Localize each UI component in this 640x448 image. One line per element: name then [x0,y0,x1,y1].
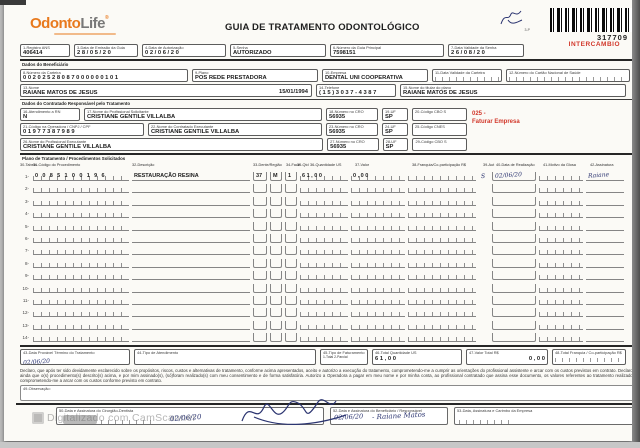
field-valor-total: 47-Valor Total R$0 , 0 0 [466,349,548,365]
section-title-contratado: Dados do Contratado Responsável pelo Tra… [22,101,634,106]
cell-quantidade-us [300,321,348,330]
row-number: 12- [20,308,30,317]
cell-quantidade-us [300,308,348,317]
data-nascimento: 15/01/1994 [279,89,308,95]
cell-dente [253,234,267,243]
cell-descricao [132,333,250,342]
col-header-qtd: 35-Qtd [289,163,301,172]
empty-date-ticks [459,420,511,424]
cell-aut: S [479,172,489,181]
cell-data-realizacao [492,234,536,243]
cell-valor [351,184,405,193]
row-number: 8- [20,259,30,268]
cell-glosa [539,271,583,280]
cell-data-realizacao [492,271,536,280]
beneficiario-row-2: 13-NomeRAIANE MATOS DE JESUS15/01/1994 1… [20,84,634,97]
cell-glosa [539,284,583,293]
cell-aut [479,284,489,293]
cell-data-realizacao [492,209,536,218]
gray-redaction-blob [63,415,97,424]
cell-data-realizacao [492,333,536,342]
col-header-valor: 37-Valor [355,163,409,172]
cell-glosa [539,222,583,231]
field-numero-carteira: 8-Número da Carteira0 0 2 0 2 5 2 8 0 8 … [20,69,188,82]
cell-quantidade-us [300,259,348,268]
cell-franquia [408,284,476,293]
field-cbo-solicitante: 20-Código CBO S [412,108,467,121]
cell-data-realizacao [492,184,536,193]
contratado-row-2: 21-Código na Operadora / CNPJ / CPF0 1 9… [20,123,467,136]
cell-face [270,246,282,255]
field-value: DENTAL UNI COOPERATIVA [325,75,425,82]
cell-quantidade-us [300,197,348,206]
field-uf-executante: 28-UFSP [383,138,409,151]
cell-data-realizacao [492,321,536,330]
cell-quantidade-us [300,333,348,342]
odontolife-logo: OdontoLife® [30,15,108,32]
field-data-autorizacao: 4-Data de Autorização0 2 / 0 6 / 2 0 [142,44,226,57]
col-header-assinatura: 42-Assinatura [590,163,628,172]
cell-assinatura [586,222,624,231]
field-total-franquia: 48-Total Franquia / Co-participação R$ [552,349,626,365]
field-validade-senha: 7-Data Validade da Senha2 6 / 0 8 / 2 0 [448,44,524,57]
cell-glosa [539,321,583,330]
procedure-row: 8- [20,259,634,268]
field-value: 56935 [329,129,375,136]
row-number: 3- [20,197,30,206]
field-uf-solicitante: 19-UFSP [382,108,408,121]
cell-assinatura [586,321,624,330]
cell-valor [351,234,405,243]
cell-codigo [33,209,129,218]
cell-assinatura [586,284,624,293]
cell-glosa [539,172,583,181]
field-value: ( 1 5 ) 3 0 3 7 - 4 3 8 7 [319,90,393,97]
procedure-row: 1-0 0 8 5 1 0 0 1 9 6RESTAURAÇÃO RESINA3… [20,172,634,181]
section-divider [20,59,634,61]
barcode [550,8,632,32]
typed-value: 0 0 8 5 1 0 0 1 9 6 [35,173,106,179]
field-value: 56935 [330,144,376,151]
field-senha: 5-SenhaAUTORIZADO [230,44,326,57]
field-validade-carteira: 11-Data Validade da Carteira [432,69,502,82]
cell-franquia [408,271,476,280]
cell-codigo [33,284,129,293]
field-guia-principal: 6-Número da Guia Principal7598151 [330,44,444,57]
field-value: RAIANE MATOS DE JESUS [23,90,309,97]
cell-qtd [285,197,297,206]
empty-date-ticks [435,76,499,81]
cell-franquia [408,197,476,206]
signature-box-empresa: 53-Data, Assinatura e Carimbo da Empresa [454,407,634,425]
cell-dente [253,333,267,342]
cell-face [270,222,282,231]
field-tipo-atendimento: 44-Tipo de Atendimento11-Tratamento Odon… [134,349,316,365]
cell-glosa [539,234,583,243]
field-value: SP [386,144,406,151]
cell-codigo: 0 0 8 5 1 0 0 1 9 6 [33,172,129,181]
header-fields-row: 1-Registro ANS406414 3-Data de Emissão d… [20,44,536,57]
field-telefone: 14-Telefone( 1 5 ) 3 0 3 7 - 4 3 8 7 [316,84,396,97]
row-number: 9- [20,271,30,280]
cell-qtd [285,284,297,293]
field-value: CRISTIANE GENTILE VILLALBA [87,114,319,121]
cell-glosa [539,197,583,206]
cell-assinatura [586,197,624,206]
cell-assinatura [586,184,624,193]
field-label: 25-Código CNES [415,125,464,129]
cell-aut [479,222,489,231]
col-header-tabela: 30-Tabela [20,163,30,172]
cell-qtd [285,321,297,330]
cell-codigo [33,259,129,268]
cell-aut [479,333,489,342]
cell-franquia [408,259,476,268]
cell-dente [253,321,267,330]
paper-sheet: OdontoLife® GUIA DE TRATAMENTO ODONTOLÓG… [4,0,632,441]
field-value: RAIANE MATOS DE JESUS [403,90,623,97]
field-profissional-executante: 26-Nome do Profissional ExecutanteCRISTI… [20,138,323,151]
cell-descricao [132,284,250,293]
field-empresa: 10-EmpresaDENTAL UNI COOPERATIVA [322,69,428,82]
typed-value: RESTAURAÇÃO RESINA [134,173,199,179]
row-number: 6- [20,234,30,243]
field-uf-contratado: 24-UFSP [382,123,408,136]
field-value: 0 1 9 7 7 3 8 7 9 8 9 [23,129,141,136]
cell-data-realizacao [492,284,536,293]
handwritten-value: 02/06/20 [495,171,522,180]
cell-dente [253,222,267,231]
cell-descricao [132,246,250,255]
field-label: 44-Tipo de Atendimento [137,351,313,355]
watermark-icon [32,412,44,424]
cell-face [270,284,282,293]
cell-qtd [285,333,297,342]
cell-franquia [408,321,476,330]
scan-corner-mark [0,0,26,5]
cell-descricao: RESTAURAÇÃO RESINA [132,172,250,181]
col-header-dente: 33-Dente/Região [253,163,267,172]
cell-dente [253,308,267,317]
cell-dente [253,184,267,193]
procedure-row: 2- [20,184,634,193]
typed-value: 1 [288,173,291,179]
logo-text-odonto: Odonto [30,15,80,32]
cell-franquia [408,234,476,243]
procedure-row: 9- [20,271,634,280]
cell-valor [351,259,405,268]
cell-assinatura [586,333,624,342]
contratado-row-1: 16-Atendimento a RNN 17-Nome do Profissi… [20,108,467,121]
row-number: 11- [20,296,30,305]
field-value: 0 , 0 0 [469,356,545,363]
procedures-table-header: 30-Tabela 31-Código do Procedimento 32-D… [20,163,634,172]
cell-data-realizacao [492,296,536,305]
field-label: 20-Código CBO S [415,110,464,114]
typed-value: 37 [256,173,262,179]
row-number: 10- [20,284,30,293]
form-title: GUIA DE TRATAMENTO ODONTOLÓGICO [225,22,420,33]
field-termino-tratamento: 43-Data Provável Término do Tratamento02… [20,349,130,365]
cell-dente [253,197,267,206]
cell-face [270,209,282,218]
row-number: 13- [20,321,30,330]
cell-face [270,197,282,206]
typed-value: 0 , 0 0 [353,173,368,179]
typed-value: 6 1 , 0 0 [302,173,322,179]
section-divider [20,99,634,100]
cell-qtd [285,259,297,268]
cell-codigo [33,296,129,305]
field-label: 11-Data Validade da Carteira [435,71,499,75]
cell-valor [351,222,405,231]
field-value: AUTORIZADO [233,50,323,57]
cell-aut [479,271,489,280]
pen-note-text: 3-P [525,28,530,32]
cell-dente [253,246,267,255]
cell-data-realizacao: 02/06/20 [492,172,536,181]
section-divider [20,345,634,347]
cell-assinatura [586,308,624,317]
cell-descricao [132,321,250,330]
registered-mark: ® [105,15,108,21]
field-value: 56935 [329,114,375,121]
field-label: 12-Número do Cartão Nacional de Saúde [509,71,627,75]
field-atendimento-rn: 16-Atendimento a RNN [20,108,80,121]
red-annotation: 025 - Faturar Empresa [472,111,520,126]
cell-codigo [33,308,129,317]
cell-codigo [33,321,129,330]
col-header-codigo: 31-Código do Procedimento [33,163,129,172]
cell-valor [351,271,405,280]
scanned-document: OdontoLife® GUIA DE TRATAMENTO ODONTOLÓG… [0,0,640,448]
cell-codigo [33,197,129,206]
field-value: 7598151 [333,50,441,57]
form-content: OdontoLife® GUIA DE TRATAMENTO ODONTOLÓG… [20,6,634,429]
field-value: SP [385,129,405,136]
row-number: 14- [20,333,30,342]
handwritten-value: S [481,173,486,180]
cell-descricao [132,197,250,206]
field-total-quantidade-us: 46-Total Quantidade US6 1 , 0 0 [372,349,462,365]
field-legend: 1-Total 2-Parcial [323,355,365,359]
cell-assinatura [586,296,624,305]
field-nome-titular: 15-Nome do titular do planoRAIANE MATOS … [400,84,626,97]
contratado-row-3: 26-Nome do Profissional ExecutanteCRISTI… [20,138,467,151]
cell-aut [479,259,489,268]
cell-face [270,333,282,342]
scan-edge-right [632,0,640,448]
cell-valor [351,308,405,317]
field-registro-ans: 1-Registro ANS406414 [20,44,70,57]
field-value: CRISTIANE GENTILE VILLALBA [151,129,319,136]
cell-valor [351,296,405,305]
observacao-label: 49-Observação: [23,387,633,391]
field-label: 29-Código CBO S [415,140,464,144]
cell-face [270,234,282,243]
cell-franquia [408,172,476,181]
logo-text-life: Life [80,15,105,32]
cell-glosa [539,296,583,305]
cell-quantidade-us [300,296,348,305]
cell-aut [479,308,489,317]
dentista-signature [238,393,350,434]
field-cro-contratado: 23-Número no CRO56935 [326,123,378,136]
scan-edge-bottom [0,442,640,448]
procedure-row: 4- [20,209,634,218]
cell-valor [351,209,405,218]
cell-aut [479,296,489,305]
cell-valor [351,246,405,255]
cell-codigo [33,333,129,342]
section-title-beneficiario: Dados do Beneficiário [22,62,634,67]
cell-franquia [408,222,476,231]
cell-descricao [132,259,250,268]
beneficiario-row-1: 8-Número da Carteira0 0 2 0 2 5 2 8 0 8 … [20,69,634,82]
field-value: 0 0 2 0 2 5 2 8 0 8 7 0 0 0 0 0 0 1 0 1 [23,75,185,82]
field-plano: 9-PlanoPOS REDE PRESTADORA [192,69,318,82]
field-value: 0 2 / 0 6 / 2 0 [145,50,223,57]
procedure-row: 13- [20,321,634,330]
cell-quantidade-us [300,246,348,255]
contratado-rows: 025 - Faturar Empresa 16-Atendimento a R… [20,108,634,151]
intercambio-stamp: INTERCAMBIO [569,41,620,48]
typed-value: M [273,173,278,179]
row-number: 5- [20,222,30,231]
handwritten-value: 1 [137,364,141,366]
cell-face [270,308,282,317]
signatures-row: 50-Data e Assinatura do Cirurgião-Dentis… [20,403,634,429]
field-cro-executante: 27-Número no CRO56935 [327,138,379,151]
field-value: POS REDE PRESTADORA [195,75,315,82]
cell-descricao [132,296,250,305]
field-tipo-faturamento: 45-Tipo de Faturamento1-Total 2-Parcial [320,349,368,365]
cell-codigo [33,246,129,255]
cell-glosa [539,184,583,193]
cell-aut [479,197,489,206]
cell-assinatura: Raiane [586,172,624,181]
field-codigo-cnes: 25-Código CNES [412,123,467,136]
col-header-descricao: 32-Descrição [132,163,250,172]
procedure-rows: 1-0 0 8 5 1 0 0 1 9 6RESTAURAÇÃO RESINA3… [20,172,634,342]
field-nome-beneficiario: 13-NomeRAIANE MATOS DE JESUS15/01/1994 [20,84,312,97]
red-annotation-line1: 025 - [472,111,486,117]
field-cbo-executante: 29-Código CBO S [412,138,467,151]
cell-quantidade-us [300,234,348,243]
cell-data-realizacao [492,246,536,255]
cell-descricao [132,222,250,231]
cell-qtd [285,209,297,218]
cell-quantidade-us [300,284,348,293]
cell-data-realizacao [492,222,536,231]
cell-valor: 0 , 0 0 [351,172,405,181]
procedure-row: 5- [20,222,634,231]
totals-row: 43-Data Provável Término do Tratamento02… [20,349,634,365]
cell-assinatura [586,234,624,243]
cell-quantidade-us [300,271,348,280]
cell-qtd [285,271,297,280]
cell-descricao [132,234,250,243]
col-header-franquia: 38-Franquia/Co-participação R$ [412,163,480,172]
form-header: OdontoLife® GUIA DE TRATAMENTO ODONTOLÓG… [20,6,634,42]
cell-glosa [539,259,583,268]
cell-franquia [408,209,476,218]
cell-franquia [408,246,476,255]
cell-descricao [132,308,250,317]
section-title-plano-tratamento: Plano de Tratamento / Procedimentos Soli… [22,156,634,161]
field-cartao-nacional-saude: 12-Número do Cartão Nacional de Saúde [506,69,630,82]
cell-glosa [539,333,583,342]
handwritten-value: Raiane [588,171,610,179]
cell-face: M [270,172,282,181]
cell-descricao [132,209,250,218]
empty-ticks [509,76,627,81]
field-cro-solicitante: 18-Número no CRO56935 [326,108,378,121]
red-annotation-line2: Faturar Empresa [472,119,520,125]
cell-valor [351,321,405,330]
cell-aut [479,234,489,243]
cell-face [270,184,282,193]
row-number: 7- [20,246,30,255]
cell-qtd [285,184,297,193]
cell-aut [479,184,489,193]
cell-dente [253,296,267,305]
signature-label: 53-Data, Assinatura e Carimbo da Empresa [457,409,631,413]
cell-data-realizacao [492,259,536,268]
pen-squiggle-icon [498,8,524,33]
cell-glosa [539,246,583,255]
row-number: 1- [20,172,30,181]
cell-quantidade-us [300,222,348,231]
cell-codigo [33,222,129,231]
cell-face [270,321,282,330]
cell-qtd [285,234,297,243]
field-value: 2 8 / 0 5 / 2 0 [77,50,135,57]
empty-ticks [555,357,623,362]
field-value: N [23,114,77,121]
procedure-row: 12- [20,308,634,317]
logo-tagline [54,33,116,35]
field-value: 406414 [23,50,67,57]
cell-dente [253,284,267,293]
cell-data-realizacao [492,197,536,206]
cell-qtd [285,222,297,231]
cell-assinatura [586,209,624,218]
procedure-row: 3- [20,197,634,206]
field-contratado-executante: 22-Nome do Contratado ExecutanteCRISTIAN… [148,123,322,136]
procedure-row: 6- [20,234,634,243]
field-profissional-solicitante: 17-Nome do Profissional SolicitanteCRIST… [84,108,322,121]
procedure-row: 14- [20,333,634,342]
field-codigo-operadora: 21-Código na Operadora / CNPJ / CPF0 1 9… [20,123,144,136]
row-number: 4- [20,209,30,218]
cell-glosa [539,308,583,317]
cell-dente [253,259,267,268]
cell-assinatura [586,271,624,280]
field-value: SP [385,114,405,121]
row-number: 2- [20,184,30,193]
col-header-quantidade-us: 36-Quantidade US [304,163,352,172]
cell-face [270,296,282,305]
cell-face [270,271,282,280]
cell-qtd [285,308,297,317]
cell-dente [253,209,267,218]
cell-descricao [132,184,250,193]
cell-dente [253,271,267,280]
cell-data-realizacao [492,308,536,317]
section-divider [20,153,634,155]
cell-aut [479,209,489,218]
